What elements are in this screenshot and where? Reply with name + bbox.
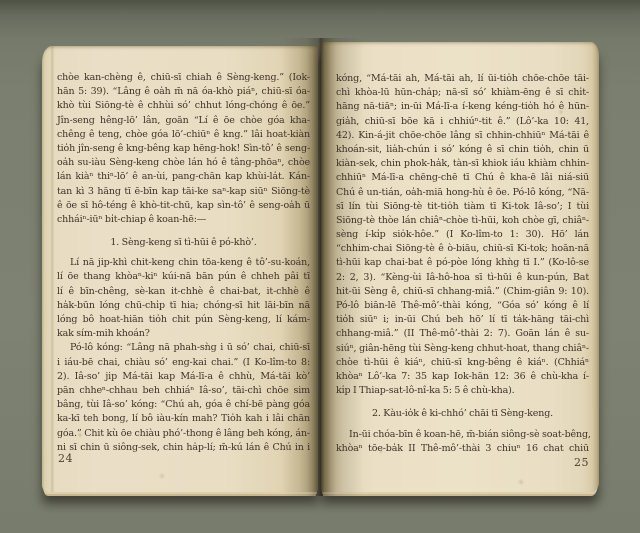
text-line: lí ōe thang khòaⁿ-kiⁿ kúi-nā bān pún ê c… bbox=[57, 270, 310, 284]
text-line: chòe kan-chèng ê, chiū-sī chiah ê Sèng-k… bbox=[57, 71, 310, 85]
text-line: kóng, “Má-tāi ah, Má-tāi ah, lí ūi-tio̍h… bbox=[336, 72, 589, 86]
text-line: chì khòa-lū hūn-cha̍p; nā-sī só’ khiàm-ē… bbox=[336, 86, 589, 100]
text-line: hāng nā-tiāⁿ; in-ūi Má-lī-a í-keng kéng-… bbox=[336, 100, 589, 114]
text-line: hān 5: 39). “Lâng ê oa̍h m̄ nā óa-khò pi… bbox=[57, 85, 310, 99]
text-line: lóng bô hoat-hiān tio̍h chit pún Sèng-ke… bbox=[57, 313, 310, 327]
text-line: khoán-sit, lia̍h-chún i só’ kóng ê sī ch… bbox=[336, 143, 589, 157]
text-line: hit-ūi Sèng ê, chiū-sī chhang-miâ.” (Chi… bbox=[336, 285, 589, 299]
text-line: chhang-miâ.” (II Thê-mô’-thài 2: 7). Goā… bbox=[336, 327, 589, 341]
text-line: Pó-lô biān-lē Thê-mô’-thài kóng, “Góa só… bbox=[336, 299, 589, 313]
text-line: 2: 2, 3). “Kèng-ùi Iâ-hô-hoa sī tì-hūi ê… bbox=[336, 271, 589, 285]
text-line: Lí nā jip-khì chit-keng chin tōa-keng ê … bbox=[57, 256, 310, 270]
text-line: ki̍p I Thiap-sat-lô-nî-ka 5: 5 ê chù-kha… bbox=[336, 384, 589, 398]
text-line: ê ōe sī hô-téng ê khò-tit-chū, kap sìn-t… bbox=[57, 199, 310, 213]
text-line: gia̍h, chiū-sī bōe kā i chhiúⁿ-tit ê.” (… bbox=[336, 115, 589, 129]
text-line: 42). Kin-á-jit chōe-chōe lâng sī chhin-c… bbox=[336, 129, 589, 143]
left-page-text: chòe kan-chèng ê, chiū-sī chiah ê Sèng-k… bbox=[57, 71, 310, 455]
text-line: khòaⁿ tōe-ba̍k II Thê-mô’-thài 3 chiuⁿ 1… bbox=[336, 442, 589, 456]
right-page-text: kóng, “Má-tāi ah, Má-tāi ah, lí ūi-tio̍h… bbox=[336, 72, 589, 456]
text-line: chháiⁿ-iūⁿ bi̍t-chiap ê koan-hē:— bbox=[57, 213, 310, 227]
text-line: ka-kī teh bong, lí bô iàu-kín mah? Tio̍h… bbox=[57, 412, 310, 426]
text-line: 2). Iâ-so’ jip Má-tāi kap Má-lī-a ê chhù… bbox=[57, 370, 310, 384]
text-line: sèng í-ki̍p sio̍k-hôe.” (I Ko-lîm-to 1: … bbox=[336, 228, 589, 242]
text-line: tan kì 3 hāng tī ē-bīn kap tāi-ke saⁿ-ka… bbox=[57, 185, 310, 199]
text-line: lán kiàⁿ thiⁿ-lō’ ê an-ùi, pang-chān kap… bbox=[57, 170, 310, 184]
text-line: Pó-lô kóng: “Lâng nā phah-sǹg i ū só’ ch… bbox=[57, 341, 310, 355]
text-line: siúⁿ, giân-hēng tùi Sèng-keng chhut-hoat… bbox=[336, 342, 589, 356]
text-line: ni sī chin ū siông-sek, chin ha̍p-lí; m̄… bbox=[57, 441, 310, 455]
text-line: tio̍h jîn-seng ê kng-bêng kap hēng-hok! … bbox=[57, 142, 310, 156]
text-line: ha̍k-būn lóng chū-chi̍p tī hia; chóng-sī… bbox=[57, 299, 310, 313]
text-line: Chú ê un-tián, oa̍h-miā hong-hù ê ōe. Pó… bbox=[336, 186, 589, 200]
text-line: 2. Kàu-io̍k ê ki-chhó’ chāi tī Sèng-keng… bbox=[336, 407, 589, 421]
text-line: i iáu-bē chai, chiàu só’ eng-kai chai.” … bbox=[57, 356, 310, 370]
text-line: khòaⁿ Lô’-ka 7: 35 kap Iok-hān 12: 36 ê … bbox=[336, 370, 589, 384]
book-page-right: kóng, “Má-tāi ah, Má-tāi ah, lí ūi-tio̍h… bbox=[321, 42, 599, 492]
text-line: 1. Sèng-keng sī tì-hūi ê pó-khò’. bbox=[57, 236, 310, 250]
text-line: oa̍h su-iàu Sèng-keng chòe lán hó ê tâng… bbox=[57, 156, 310, 170]
page-number-left: 24 bbox=[58, 452, 73, 465]
text-line: kak sím-mih khoán? bbox=[57, 327, 310, 341]
text-line: sī lín tùi Siōng-tè tit-tio̍h tiàm tī Ki… bbox=[336, 200, 589, 214]
text-line: Jîn-seng hêng-lō’ lân, goān “Lí ê ōe chò… bbox=[57, 114, 310, 128]
open-book: chòe kan-chèng ê, chiū-sī chiah ê Sèng-k… bbox=[42, 38, 599, 496]
text-line: “chhim-chai Siōng-tè ê ò-biāu, chiū-sī K… bbox=[336, 242, 589, 256]
text-line: bâng, tùi Iâ-so’ kóng: “Chú ah, góa ê ch… bbox=[57, 398, 310, 412]
text-line: Siōng-tè thòe lán chiâⁿ-chòe tì-hūi, koh… bbox=[336, 214, 589, 228]
text-line: chêng ê teng, chòe góa lō’-chiūⁿ ê kng.”… bbox=[57, 128, 310, 142]
text-line: chòe tì-hūi ê kiáⁿ, chiū-sī kng-bêng ê k… bbox=[336, 356, 589, 370]
text-line: khò tùi Siōng-tè ê chhùi só’ chhut lóng-… bbox=[57, 99, 310, 113]
text-line: tio̍h siūⁿ i; in-ūi Chú beh hō’ lí tī ta… bbox=[336, 313, 589, 327]
page-number-right: 25 bbox=[574, 456, 589, 469]
text-line: lí ê bīn-chêng, sè-kan it-chhè ê chai-ba… bbox=[57, 285, 310, 299]
text-line: chhiūⁿ Má-lī-a chēng-chē tī Chú ê kha-ē … bbox=[336, 171, 589, 185]
text-line: góa.” Chit kù ōe chiàu phó’-thong ê lâng… bbox=[57, 427, 310, 441]
text-line: tì-hūi kap chai-bat ê pó-pòe lóng khǹg t… bbox=[336, 256, 589, 270]
text-line: In-ūi chóa-bīn ê koan-hē, m̄-bián siông-… bbox=[336, 428, 589, 442]
text-line: kiàn-sek, chin phok-ha̍k, tàn-sī khiok i… bbox=[336, 157, 589, 171]
book-page-left: chòe kan-chèng ê, chiū-sī chiah ê Sèng-k… bbox=[42, 46, 318, 492]
text-line: pān chheⁿ-chhau beh chhiáⁿ Iâ-so’, tāi-c… bbox=[57, 384, 310, 398]
